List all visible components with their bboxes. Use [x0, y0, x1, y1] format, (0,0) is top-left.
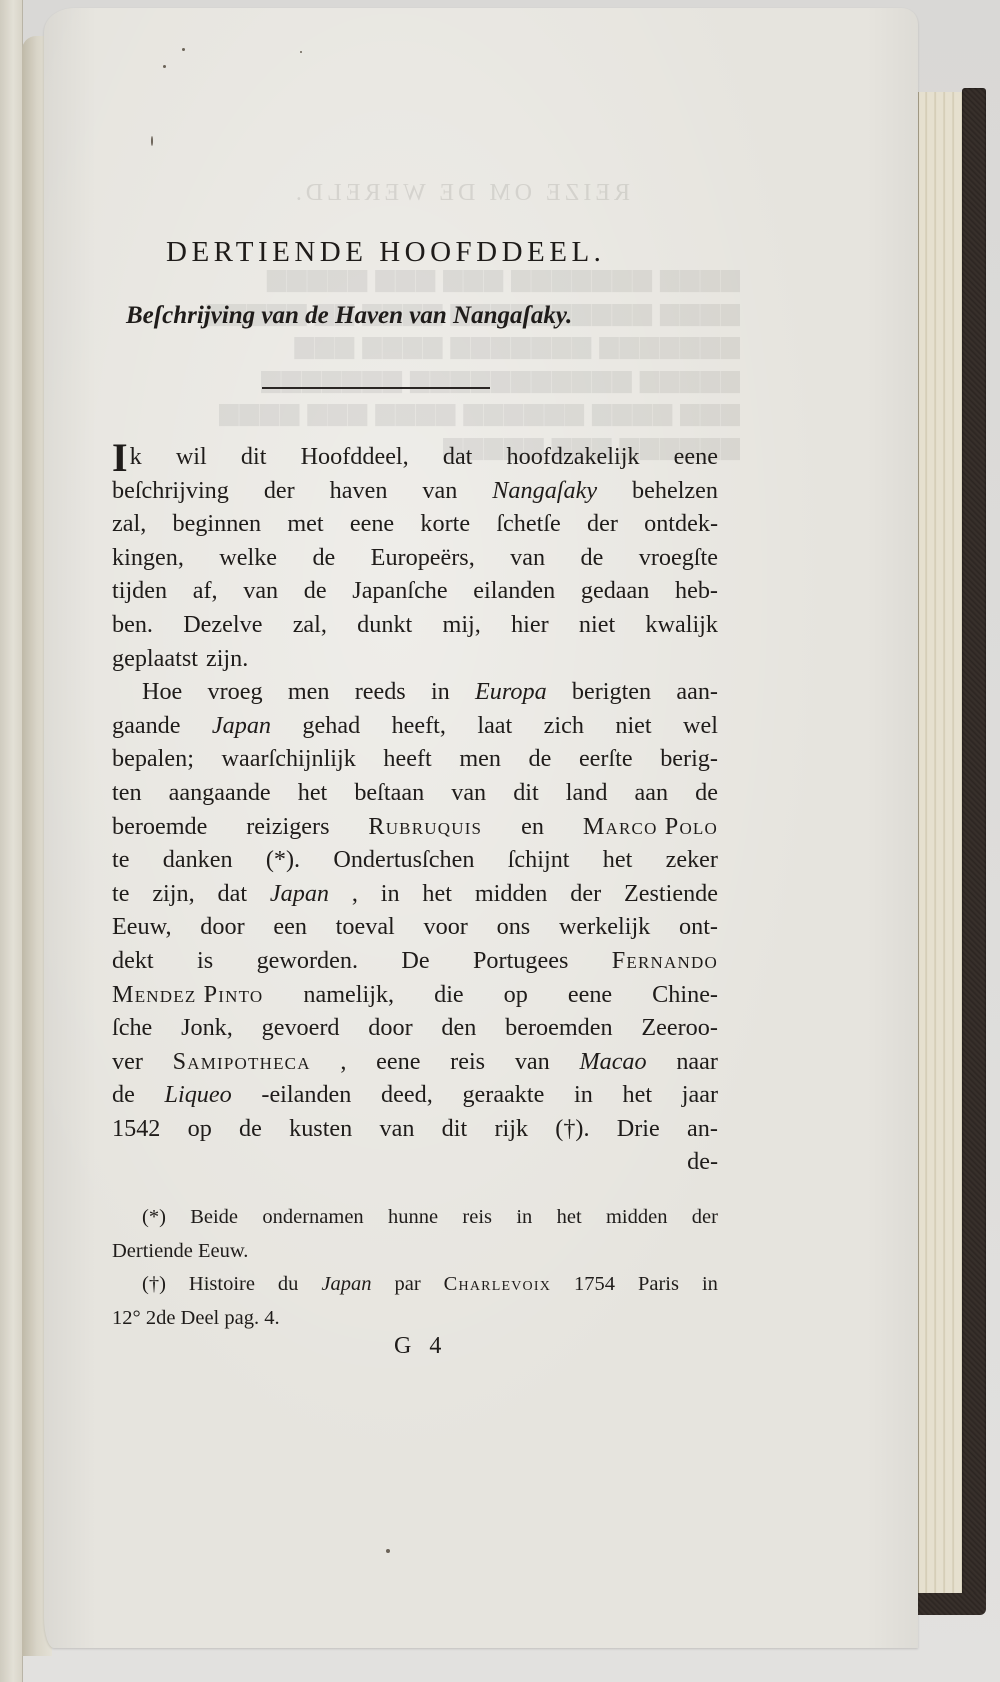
word: Japanſche	[352, 574, 447, 608]
word: van	[510, 541, 545, 575]
word: midden	[606, 1201, 668, 1235]
word: te	[112, 877, 129, 911]
word: De	[401, 944, 429, 978]
word: de	[239, 1112, 262, 1146]
word: eilanden	[473, 574, 555, 608]
word: dunkt	[357, 608, 412, 642]
word: danken	[163, 843, 233, 877]
word: reis	[462, 1201, 492, 1235]
word: land	[566, 776, 608, 810]
word: ont-	[679, 910, 718, 944]
text-line: gaandeJapangehadheeft,laatzichnietwel	[112, 709, 718, 743]
word: wil	[176, 440, 207, 474]
word: door	[200, 910, 244, 944]
paper-speck	[163, 65, 166, 68]
word: haven	[330, 474, 388, 508]
word: beſchrijving	[112, 474, 229, 508]
word: kingen,	[112, 541, 184, 575]
word: dit	[442, 1112, 468, 1146]
word: van	[380, 1112, 415, 1146]
word: beginnen	[172, 507, 261, 541]
text-line: IkwilditHoofddeel,dathoofdzakelijkeene	[112, 440, 718, 474]
word: (†).	[555, 1112, 589, 1146]
word: der	[570, 877, 601, 911]
word: Zeeroo-	[641, 1011, 718, 1045]
text-line: ben.Dezelvezal,dunktmij,hiernietkwalijk	[112, 608, 718, 642]
italic-term: Liqueo	[165, 1078, 232, 1112]
body-text: IkwilditHoofddeel,dathoofdzakelijkeenebe…	[112, 440, 718, 1179]
paper-speck	[182, 48, 185, 51]
word: par	[395, 1268, 421, 1302]
italic-term: Japan	[321, 1268, 371, 1302]
word: (*).	[266, 843, 300, 877]
word: laat	[477, 709, 512, 743]
word: zich	[544, 709, 584, 743]
word: af,	[193, 574, 218, 608]
word: k	[130, 443, 142, 470]
word: Paris	[638, 1268, 679, 1302]
word: men	[288, 675, 330, 709]
word: an-	[687, 1112, 718, 1146]
footnote-marker: (*)	[142, 1201, 166, 1235]
word: eene	[674, 440, 718, 474]
word: Hoe	[142, 675, 182, 709]
word: ondernamen	[262, 1201, 363, 1235]
word: berig-	[660, 742, 718, 776]
word: dekt	[112, 944, 154, 978]
word: dit	[241, 440, 267, 474]
word: ,	[340, 1045, 346, 1079]
word: hoofdzakelijk	[507, 440, 640, 474]
word: heb-	[675, 574, 718, 608]
catchword: de-	[112, 1145, 718, 1179]
paper-speck	[300, 51, 302, 53]
word: welke	[219, 541, 277, 575]
word: mij,	[443, 608, 481, 642]
word: de	[581, 541, 604, 575]
word: tijden	[112, 574, 167, 608]
word: dat	[443, 440, 473, 474]
italic-term: Macao	[579, 1045, 646, 1079]
small-caps-name: Marco Polo	[583, 810, 718, 844]
word: ſchetſe	[496, 507, 560, 541]
text-line: 1542opdekustenvanditrijk(†).Driean-	[112, 1112, 718, 1146]
word: eene	[350, 507, 394, 541]
word: kwalijk	[645, 608, 718, 642]
bleed-through-running-head: REIZE OM DE WERELD.	[250, 180, 630, 207]
italic-term: Nangaſaky	[492, 474, 597, 508]
word: in	[381, 877, 400, 911]
word: ben.	[112, 608, 153, 642]
word: Histoire	[189, 1268, 255, 1302]
text-line: dektisgeworden.DePortugeesFernando	[112, 944, 718, 978]
word: voor	[424, 910, 468, 944]
italic-term: Japan	[212, 709, 271, 743]
word: het	[298, 776, 328, 810]
word: zal,	[112, 507, 146, 541]
word: der	[264, 474, 295, 508]
word: ſchijnt	[508, 843, 570, 877]
word: werkelijk	[559, 910, 650, 944]
word: van	[515, 1045, 550, 1079]
word: Chine-	[652, 978, 718, 1012]
text-line: tezijn,datJapan,inhetmiddenderZestiende	[112, 877, 718, 911]
word: heeft,	[392, 709, 446, 743]
word: den	[441, 1011, 476, 1045]
word: in	[516, 1201, 532, 1235]
word: 1542	[112, 1112, 160, 1146]
word: wel	[683, 709, 718, 743]
footnote-line: (†)HistoireduJapanparCharlevoix1754Paris…	[112, 1268, 718, 1302]
word: reis	[450, 1045, 485, 1079]
word: de	[112, 1078, 135, 1112]
small-caps-name: Fernando	[612, 944, 718, 978]
word: Dezelve	[183, 608, 262, 642]
word: het	[603, 843, 633, 877]
word: gevoerd	[262, 1011, 340, 1045]
word: in	[702, 1268, 718, 1302]
word: beroemde	[112, 810, 207, 844]
word: deed,	[381, 1078, 433, 1112]
word: vroeg	[208, 675, 263, 709]
book-cover-corner	[912, 1593, 986, 1615]
word: dat	[217, 877, 247, 911]
small-caps-name: Rubruquis	[368, 810, 482, 844]
word: Jonk,	[181, 1011, 233, 1045]
word: van	[422, 474, 457, 508]
word: dit	[513, 776, 539, 810]
word: zijn.	[206, 642, 248, 676]
word: heeft	[383, 742, 431, 776]
word: te	[112, 843, 129, 877]
word: zeker	[666, 843, 718, 877]
word: reizigers	[246, 810, 329, 844]
fore-edge-pages	[918, 92, 965, 1597]
word: geplaatst	[112, 642, 198, 676]
word: geworden.	[257, 944, 358, 978]
italic-term: Europa	[475, 675, 547, 709]
word: Ondertusſchen	[333, 843, 474, 877]
paper-speck	[386, 1549, 390, 1553]
text-line: geplaatstzijn.	[112, 642, 718, 676]
word: aan-	[676, 675, 718, 709]
footnote-continuation: 12° 2de Deel pag. 4.	[112, 1302, 718, 1336]
word: gaande	[112, 709, 181, 743]
text-line: verSamipotheca,eenereisvanMacaonaar	[112, 1045, 718, 1079]
word: beſtaan	[354, 776, 424, 810]
chapter-subtitle: Beſchrijving van de Haven van Nangaſaky.	[126, 302, 572, 330]
word: zijn,	[152, 877, 194, 911]
word: in	[574, 1078, 593, 1112]
word: beroemden	[505, 1011, 612, 1045]
word: het	[422, 877, 452, 911]
word: der	[587, 507, 618, 541]
word: niet	[615, 709, 651, 743]
chapter-title: DERTIENDE HOOFDDEEL.	[166, 236, 605, 269]
word: vroegſte	[639, 541, 718, 575]
word: eerſte	[579, 742, 633, 776]
word: naar	[676, 1045, 718, 1079]
word: Hoofddeel,	[301, 440, 409, 474]
word: met	[287, 507, 323, 541]
word: ver	[112, 1045, 143, 1079]
word: geraakte	[462, 1078, 544, 1112]
word: der	[692, 1201, 718, 1235]
signature-mark: G 4	[394, 1333, 447, 1360]
text-line: zal,beginnenmeteenekorteſchetſederontdek…	[112, 507, 718, 541]
book-cover-edge	[962, 88, 986, 1608]
word: Beide	[190, 1201, 238, 1235]
drop-cap: I	[112, 441, 128, 474]
word: hier	[511, 608, 549, 642]
small-caps-name: Charlevoix	[444, 1268, 551, 1302]
word: in	[431, 675, 450, 709]
word: van	[451, 776, 486, 810]
italic-term: Japan	[270, 877, 329, 911]
word: berigten	[572, 675, 651, 709]
word: toeval	[336, 910, 395, 944]
word: ontdek-	[644, 507, 718, 541]
word: eene	[376, 1045, 420, 1079]
text-line: tenaangaandehetbeſtaanvanditlandaande	[112, 776, 718, 810]
word: door	[368, 1011, 412, 1045]
text-line: deLiqueo-eilandendeed,geraakteinhetjaar	[112, 1078, 718, 1112]
text-line: beroemdereizigersRubruquisenMarco Polo	[112, 810, 718, 844]
word: 1754	[574, 1268, 615, 1302]
word: ons	[497, 910, 531, 944]
word: ten	[112, 776, 142, 810]
word: Portugees	[473, 944, 568, 978]
word: behelzen	[632, 474, 718, 508]
word: gehad	[302, 709, 360, 743]
word: Drie	[617, 1112, 660, 1146]
word: de	[695, 776, 718, 810]
word: het	[557, 1201, 582, 1235]
word: eene	[568, 978, 612, 1012]
word: de	[312, 541, 335, 575]
text-line: HoevroegmenreedsinEuropaberigtenaan-	[112, 675, 718, 709]
word: korte	[420, 507, 470, 541]
small-caps-name: Mendez Pinto	[112, 978, 263, 1012]
word: het	[623, 1078, 653, 1112]
word: aan	[635, 776, 669, 810]
small-caps-name: Samipotheca	[173, 1045, 311, 1079]
word: gedaan	[581, 574, 650, 608]
footnote-marker: (†)	[142, 1268, 166, 1302]
text-line: bepalen;waarſchijnlijkheeftmendeeerſtebe…	[112, 742, 718, 776]
word: die	[434, 978, 464, 1012]
word: Eeuw,	[112, 910, 172, 944]
ornamental-rule	[262, 387, 490, 389]
footnote-continuation: Dertiende Eeuw.	[112, 1235, 718, 1269]
footnotes: (*)Beideondernamenhunnereisinhetmiddende…	[112, 1201, 718, 1335]
text-line: Mendez Pintonamelijk,dieopeeneChine-	[112, 978, 718, 1012]
word: zal,	[293, 608, 327, 642]
word: kusten	[289, 1112, 352, 1146]
text-line: tijdenaf,vandeJapanſcheeilandengedaanheb…	[112, 574, 718, 608]
word: rijk	[494, 1112, 528, 1146]
word: ſche	[112, 1011, 152, 1045]
paper-speck	[151, 136, 153, 146]
word: du	[278, 1268, 299, 1302]
word: aangaande	[169, 776, 271, 810]
word: Zestiende	[624, 877, 718, 911]
word: hunne	[388, 1201, 438, 1235]
word: op	[188, 1112, 212, 1146]
word: niet	[579, 608, 615, 642]
word: waarſchijnlijk	[222, 742, 356, 776]
text-line: kingen,welkedeEuropeërs,vandevroegſte	[112, 541, 718, 575]
word: een	[273, 910, 307, 944]
word: midden	[475, 877, 548, 911]
word: is	[197, 944, 213, 978]
text-line: beſchrijvingderhavenvanNangaſakybehelzen	[112, 474, 718, 508]
word: jaar	[682, 1078, 718, 1112]
previous-page-edge	[0, 0, 23, 1682]
word: en	[521, 810, 544, 844]
text-line: tedanken(*).Ondertusſchenſchijnthetzeker	[112, 843, 718, 877]
word: men	[459, 742, 501, 776]
word: -eilanden	[261, 1078, 351, 1112]
text-line: Eeuw,dooreentoevalvooronswerkelijkont-	[112, 910, 718, 944]
footnote-line: (*)Beideondernamenhunnereisinhetmiddende…	[112, 1201, 718, 1235]
word: de	[304, 574, 327, 608]
word: namelijk,	[303, 978, 394, 1012]
text-line: ſcheJonk,gevoerddoordenberoemdenZeeroo-	[112, 1011, 718, 1045]
word: ,	[352, 877, 358, 911]
word: reeds	[355, 675, 406, 709]
word: Europeërs,	[371, 541, 475, 575]
word: van	[243, 574, 278, 608]
word: bepalen;	[112, 742, 194, 776]
word: de	[529, 742, 552, 776]
word: op	[504, 978, 528, 1012]
